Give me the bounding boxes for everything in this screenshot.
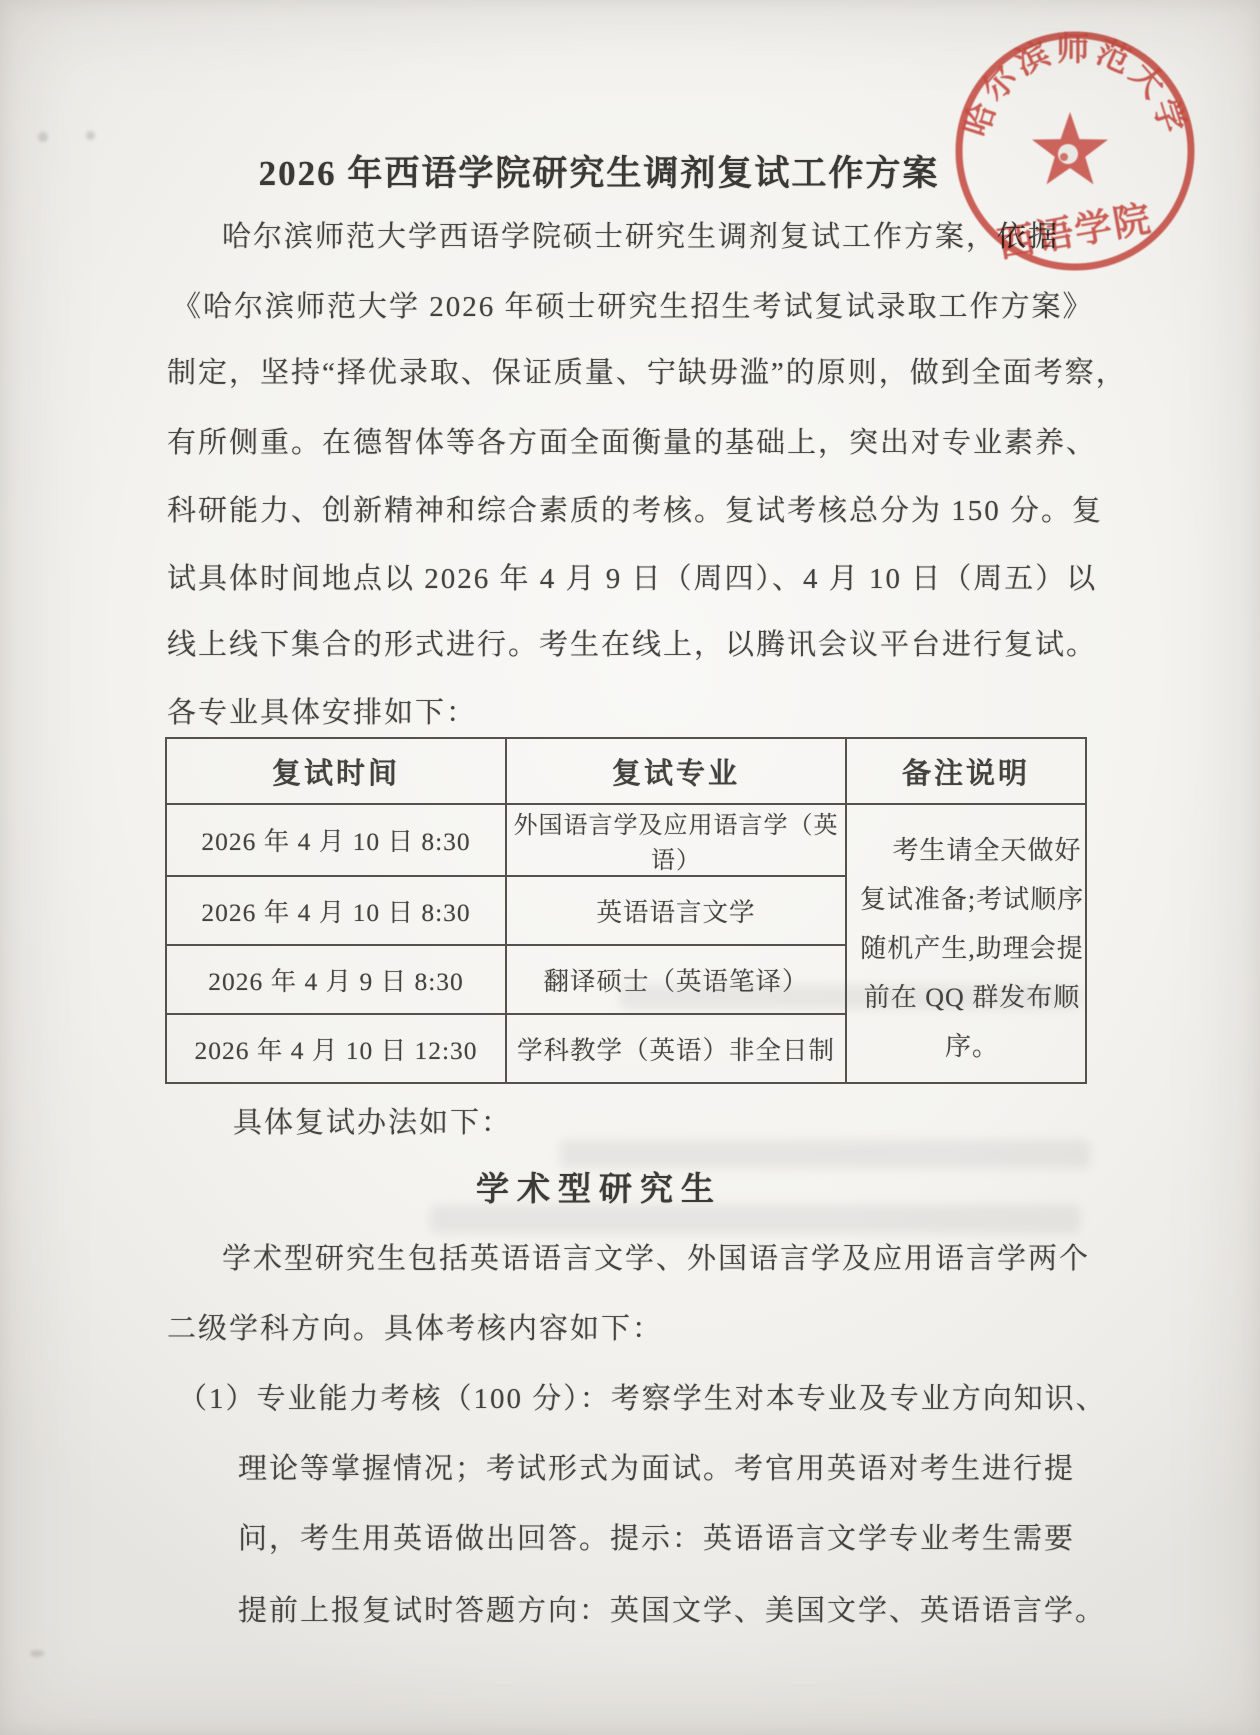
cell-major: 学科教学（英语）非全日制: [506, 1014, 846, 1083]
remark-line: 序。: [847, 1022, 1085, 1071]
academic-line: 二级学科方向。具体考核内容如下：: [167, 1306, 663, 1347]
scan-speck: [86, 131, 95, 140]
intro-line: 各专业具体安排如下：: [167, 690, 477, 731]
academic-line: （1）专业能力考核（100 分）：考察学生对本专业及专业方向知识、: [178, 1376, 1107, 1417]
header-reexam-time: 复试时间: [166, 738, 506, 804]
intro-line: 科研能力、创新精神和综合素质的考核。复试考核总分为 150 分。复: [167, 488, 1103, 529]
cell-time: 2026 年 4 月 10 日 8:30: [166, 876, 506, 945]
document-title: 2026 年西语学院研究生调剂复试工作方案: [165, 146, 1033, 196]
academic-line: 提前上报复试时答题方向：英国文学、美国文学、英语语言学。: [238, 1588, 1106, 1629]
table-row: 2026 年 4 月 10 日 8:30 外国语言学及应用语言学（英语） 考生请…: [166, 804, 1086, 876]
cell-major: 英语语言文学: [506, 876, 846, 945]
methods-intro: 具体复试办法如下：: [233, 1100, 512, 1141]
seal-star-dot: [1060, 153, 1068, 161]
cell-major: 外国语言学及应用语言学（英语）: [506, 804, 846, 876]
section-heading-academic: 学术型研究生: [165, 1163, 1033, 1210]
header-reexam-major: 复试专业: [506, 738, 846, 804]
header-remarks: 备注说明: [846, 738, 1086, 804]
seal-star-void: [1058, 144, 1078, 164]
remark-line: 复试准备;考试顺序: [847, 875, 1085, 924]
seal-arc-text: 哈尔滨师范大学: [958, 31, 1192, 141]
table-header-row: 复试时间 复试专业 备注说明: [166, 738, 1086, 804]
scanned-document-page: 2026 年西语学院研究生调剂复试工作方案 哈尔滨师范大学西语学院硕士研究生调剂…: [0, 0, 1260, 1735]
cell-time: 2026 年 4 月 10 日 8:30: [166, 804, 506, 876]
cell-time: 2026 年 4 月 9 日 8:30: [166, 945, 506, 1014]
intro-line: 《哈尔滨师范大学 2026 年硕士研究生招生考试复试录取工作方案》: [172, 284, 1094, 325]
remark-line: 随机产生,助理会提: [847, 924, 1085, 973]
scan-speck: [30, 1650, 44, 1657]
remark-line: 考生请全天做好: [847, 817, 1085, 875]
academic-line: 学术型研究生包括英语语言文学、外国语言学及应用语言学两个: [222, 1236, 1090, 1277]
intro-line: 试具体时间地点以 2026 年 4 月 9 日（周四）、4 月 10 日（周五）…: [167, 556, 1097, 597]
intro-line: 线上线下集合的形式进行。考生在线上，以腾讯会议平台进行复试。: [167, 622, 1097, 663]
cell-remarks: 考生请全天做好 复试准备;考试顺序 随机产生,助理会提 前在 QQ 群发布顺 序…: [846, 804, 1086, 1083]
university-seal-stamp: 哈尔滨师范大学 西语学院: [946, 24, 1202, 280]
academic-line: 理论等掌握情况；考试形式为面试。考官用英语对考生进行提: [238, 1446, 1075, 1487]
reexam-schedule-table: 复试时间 复试专业 备注说明 2026 年 4 月 10 日 8:30 外国语言…: [165, 737, 1087, 1084]
intro-line: 制定，坚持“择优录取、保证质量、宁缺毋滥”的原则，做到全面考察，: [167, 350, 1127, 391]
intro-line: 哈尔滨师范大学西语学院硕士研究生调剂复试工作方案，依据: [222, 214, 1059, 255]
cell-time: 2026 年 4 月 10 日 12:30: [166, 1014, 506, 1083]
scan-speck: [38, 132, 48, 142]
academic-line: 问，考生用英语做出回答。提示：英语语言文学专业考生需要: [238, 1516, 1075, 1557]
cell-major: 翻译硕士（英语笔译）: [506, 945, 846, 1014]
intro-line: 有所侧重。在德智体等各方面全面衡量的基础上，突出对专业素养、: [167, 420, 1097, 461]
remark-line: 前在 QQ 群发布顺: [847, 973, 1085, 1022]
